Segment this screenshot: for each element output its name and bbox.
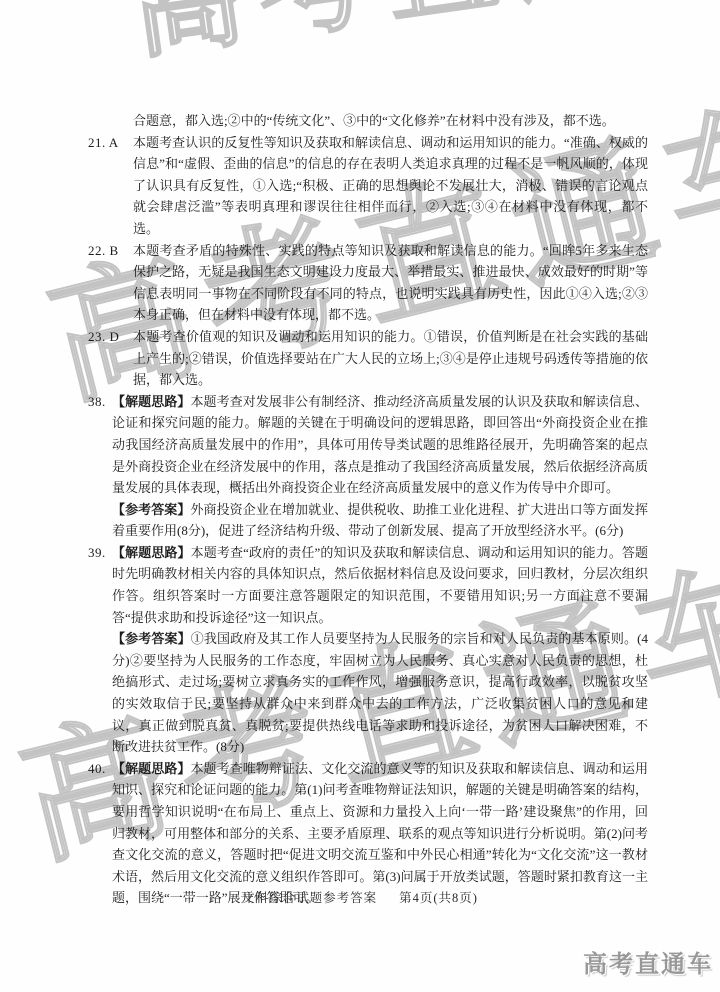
item-explanation: 本题考查价值观的知识及调动和运用知识的能力。①错误，价值判断是在社会实践的基础上… (133, 329, 648, 387)
answer-item-40-analysis: 40. 【解题思路】本题考查唯物辩证法、文化交流的意义等的知识及获取和解读信息、… (88, 758, 648, 909)
analysis-tag: 【解题思路】 (112, 545, 191, 560)
footer-title: 文科综合试题参考答案 (242, 891, 377, 905)
answer-text: ①我国政府及其工作人员要坚持为人民服务的宗旨和对人民负责的基本原则。(4分)②要… (112, 631, 648, 754)
analysis-text: 本题考查唯物辩证法、文化交流的意义等的知识及获取和解读信息、调动和运用知识、探究… (112, 761, 648, 906)
exam-answer-page: 高考直通车 高考直通车 高考直通车 合题意，都入选;②中的“传统文化”、③中的“… (0, 0, 720, 992)
answer-text: 外商投资企业在增加就业、提供税收、助推工业化进程、扩大进出口等方面发挥着重要作用… (112, 502, 648, 539)
answer-item-21: 21. A 本题考查认识的反复性等知识及获取和解读信息、调动和运用知识的能力。“… (88, 132, 648, 240)
item-number: 23. D (88, 326, 119, 348)
analysis-tag: 【解题思路】 (112, 761, 190, 776)
page-footer: 文科综合试题参考答案第4页(共8页) (0, 888, 720, 906)
continuation-paragraph: 合题意，都入选;②中的“传统文化”、③中的“文化修养”在材料中没有涉及，都不选。 (88, 110, 648, 132)
analysis-text: 本题考查对发展非公有制经济、推动经济高质量发展的认识及获取和解读信息、论证和探究… (112, 394, 648, 495)
item-explanation: 本题考查认识的反复性等知识及获取和解读信息、调动和运用知识的能力。“准确、权威的… (133, 135, 648, 236)
item-number: 22. B (88, 240, 119, 262)
answer-item-39-reference: 【参考答案】①我国政府及其工作人员要坚持为人民服务的宗旨和对人民负责的基本原则。… (88, 628, 648, 758)
answer-body: 合题意，都入选;②中的“传统文化”、③中的“文化修养”在材料中没有涉及，都不选。… (88, 110, 648, 909)
item-number: 40. (88, 758, 106, 780)
item-explanation: 本题考查矛盾的特殊性、实践的特点等知识及获取和解读信息的能力。“回眸5年多来生态… (133, 243, 648, 323)
answer-item-38-reference: 【参考答案】外商投资企业在增加就业、提供税收、助推工业化进程、扩大进出口等方面发… (88, 499, 648, 542)
analysis-tag: 【解题思路】 (112, 394, 190, 409)
answer-item-23: 23. D 本题考查价值观的知识及调动和运用知识的能力。①错误，价值判断是在社会… (88, 326, 648, 391)
item-number: 21. A (88, 132, 119, 154)
answer-tag: 【参考答案】 (112, 502, 190, 517)
answer-tag: 【参考答案】 (112, 631, 191, 646)
item-number: 38. (88, 391, 106, 413)
answer-item-22: 22. B 本题考查矛盾的特殊性、实践的特点等知识及获取和解读信息的能力。“回眸… (88, 240, 648, 326)
answer-item-38-analysis: 38. 【解题思路】本题考查对发展非公有制经济、推动经济高质量发展的认识及获取和… (88, 391, 648, 499)
analysis-text: 本题考查“政府的责任”的知识及获取和解读信息、调动和运用知识的能力。答题时先明确… (112, 545, 648, 625)
footer-page-number: 第4页(共8页) (399, 891, 478, 905)
item-number: 39. (88, 542, 106, 564)
answer-item-39-analysis: 39. 【解题思路】本题考查“政府的责任”的知识及获取和解读信息、调动和运用知识… (88, 542, 648, 628)
paragraph-text: 合题意，都入选;②中的“传统文化”、③中的“文化修养”在材料中没有涉及，都不选。 (133, 113, 615, 128)
watermark-top: 高考直通车 (120, 0, 720, 80)
brand-logo: 高考直通车 (583, 944, 713, 979)
